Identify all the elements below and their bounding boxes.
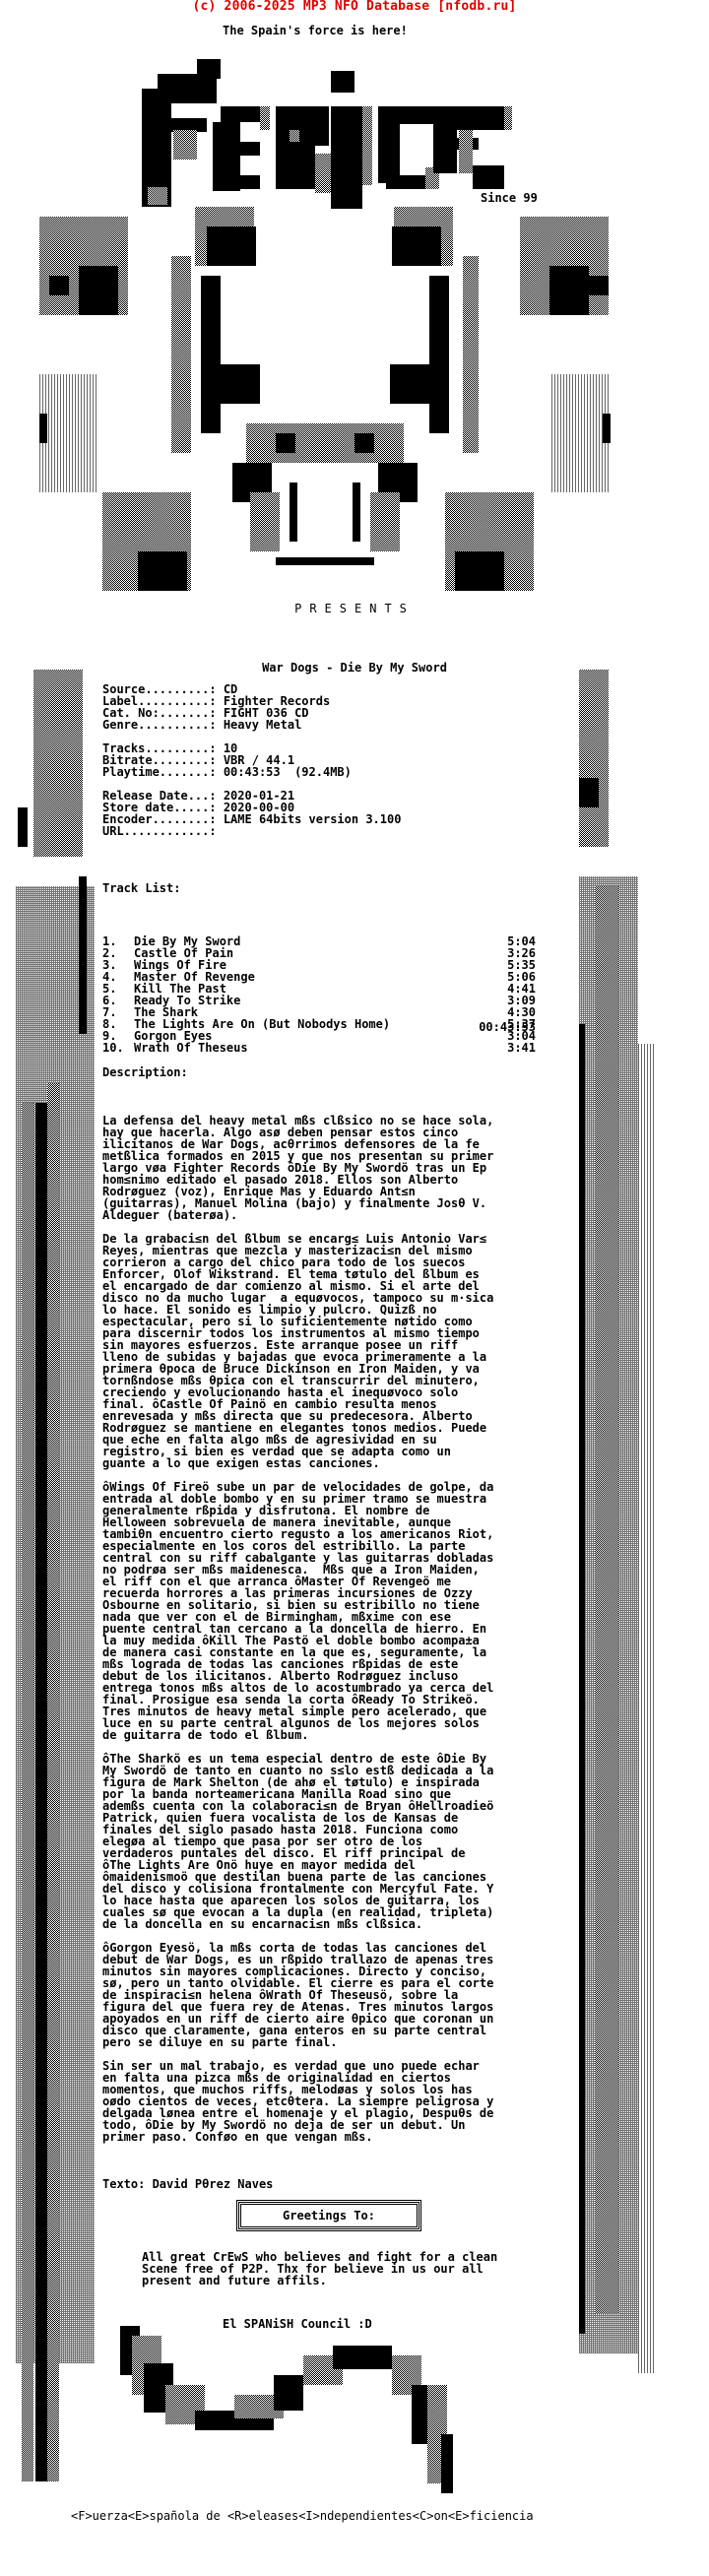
left-pillar-border: [16, 650, 91, 2324]
description-paragraph: ôWings Of Fireö sube un par de velocidad…: [102, 1481, 544, 1741]
tagline: The Spain's force is here!: [223, 25, 408, 36]
serpent-art: [116, 2316, 510, 2493]
presents-label: PRESENTS: [0, 603, 709, 614]
flame-right-top: [510, 207, 618, 325]
copyright-banner: (c) 2006-2025 MP3 NFO Database [nfodb.ru…: [0, 0, 709, 13]
total-playtime: 00:43:53: [473, 1021, 536, 1033]
info-label: URL............:: [102, 824, 217, 838]
info-value: 00:43:53 (92.4MB): [224, 765, 352, 779]
greetings-heading-box: Greetings To:: [238, 2202, 419, 2229]
ferice-logo-art: [138, 59, 512, 217]
track-list: Track List: 1.Die By My Sword5:042.Castl…: [102, 900, 536, 1065]
description-heading: Description:: [102, 1066, 188, 1078]
release-title: War Dogs - Die By My Sword: [0, 662, 709, 674]
track-name: Wrath Of Theseus: [134, 1042, 500, 1054]
since-label: Since 99: [481, 192, 538, 204]
description-paragraph: ôGorgon Eyesö, la mßs corta de todas las…: [102, 1942, 544, 2048]
description-paragraph: De la grabaci≤n del ßlbum se encarg≤ Lui…: [102, 1233, 544, 1469]
track-row: 10.Wrath Of Theseus3:41: [102, 1042, 536, 1054]
greetings-text: All great CrEwS who believes and fight f…: [142, 2251, 555, 2286]
track-duration: 3:41: [500, 1042, 536, 1054]
info-row: Playtime.......: 00:43:53 (92.4MB): [102, 766, 352, 778]
tracklist-heading: Track List:: [102, 882, 180, 894]
info-row: Genre..........: Heavy Metal: [102, 719, 301, 731]
demon-face-art: [167, 197, 483, 571]
info-value: LAME 64bits version 3.100: [224, 812, 402, 826]
description-paragraph: Sin ser un mal trabajo, es verdad que un…: [102, 2060, 544, 2143]
info-row: URL............:: [102, 825, 224, 837]
flame-left-top: [39, 207, 148, 325]
flame-right-bottom: [445, 483, 544, 601]
flame-left-mid: [39, 354, 108, 512]
description-paragraph: ôThe Sharkö es un tema especial dentro d…: [102, 1753, 544, 1930]
info-value: Heavy Metal: [224, 718, 301, 732]
description-body: La defensa del heavy metal mßs clßsico n…: [102, 1091, 544, 2214]
flame-left-bottom: [102, 483, 201, 601]
review-credit: Texto: David Pθrez Naves: [102, 2178, 544, 2190]
flame-right-mid: [551, 354, 620, 512]
footer-acronym: <F>uerza<E>spañola de <R>eleases<I>ndepe…: [71, 2510, 534, 2522]
right-pillar-border: [579, 650, 677, 2324]
info-label: Genre..........:: [102, 718, 217, 732]
description-paragraph: La defensa del heavy metal mßs clßsico n…: [102, 1115, 544, 1221]
track-number: 10.: [102, 1042, 134, 1054]
info-label: Playtime.......:: [102, 765, 217, 779]
